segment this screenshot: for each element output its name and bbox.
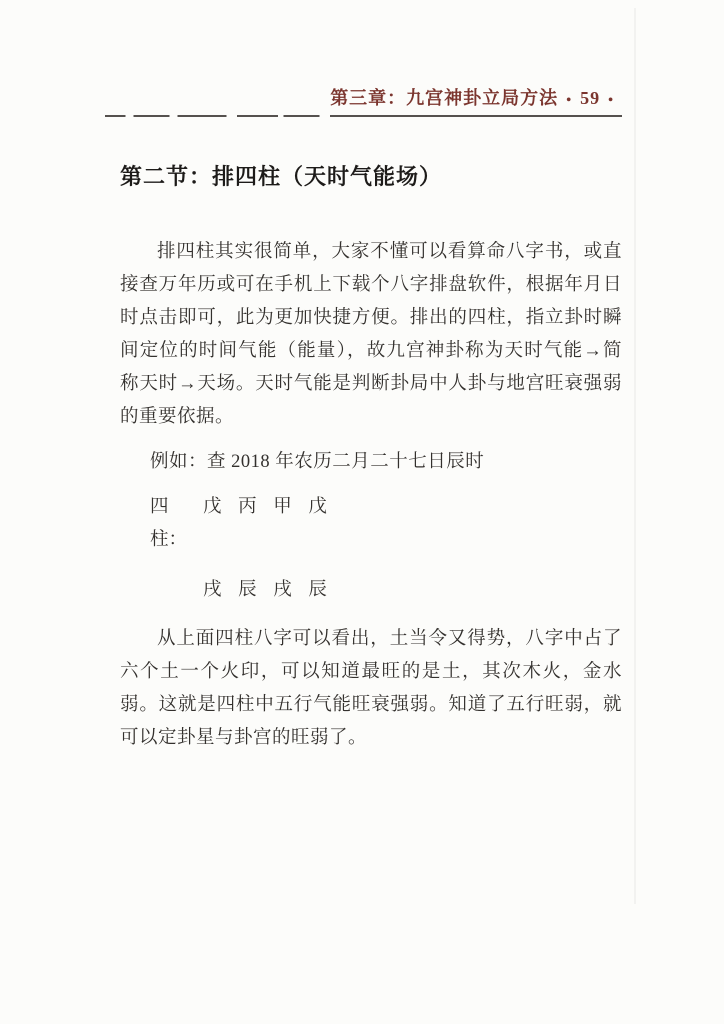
bullet-separator-left: •	[558, 93, 580, 108]
bullet-separator-right: •	[600, 93, 622, 108]
page-content: 第二节：排四柱（天时气能场） 排四柱其实很简单，大家不懂可以看算命八字书，或直接…	[120, 160, 622, 755]
example-line: 例如：查 2018 年农历二月二十七日辰时	[120, 446, 622, 479]
running-head: 第三章：九宫神卦立局方法•59•	[330, 84, 622, 110]
scan-edge-line	[634, 8, 636, 904]
page-number: 59	[580, 88, 600, 108]
four-pillars-earthly-branches: 戌 辰 戌 辰	[203, 574, 333, 607]
four-pillars-row-bottom: 戌 辰 戌 辰	[120, 574, 622, 607]
running-head-chapter: 第三章：九宫神卦立局方法	[330, 88, 558, 108]
four-pillars-heavenly-stems: 戊 丙 甲 戊	[203, 491, 333, 557]
section-title: 第二节：排四柱（天时气能场）	[120, 160, 622, 191]
book-page: 第三章：九宫神卦立局方法•59• 第二节：排四柱（天时气能场） 排四柱其实很简单…	[0, 0, 724, 1024]
header-rule	[105, 115, 622, 117]
paragraph-intro: 排四柱其实很简单，大家不懂可以看算命八字书，或直接查万年历或可在手机上下载个八字…	[120, 236, 622, 434]
four-pillars-label: 四柱：	[150, 491, 203, 557]
paragraph-analysis: 从上面四柱八字可以看出，土当令又得势，八字中占了六个土一个火印，可以知道最旺的是…	[120, 623, 622, 755]
four-pillars-row-top: 四柱： 戊 丙 甲 戊	[120, 491, 622, 557]
